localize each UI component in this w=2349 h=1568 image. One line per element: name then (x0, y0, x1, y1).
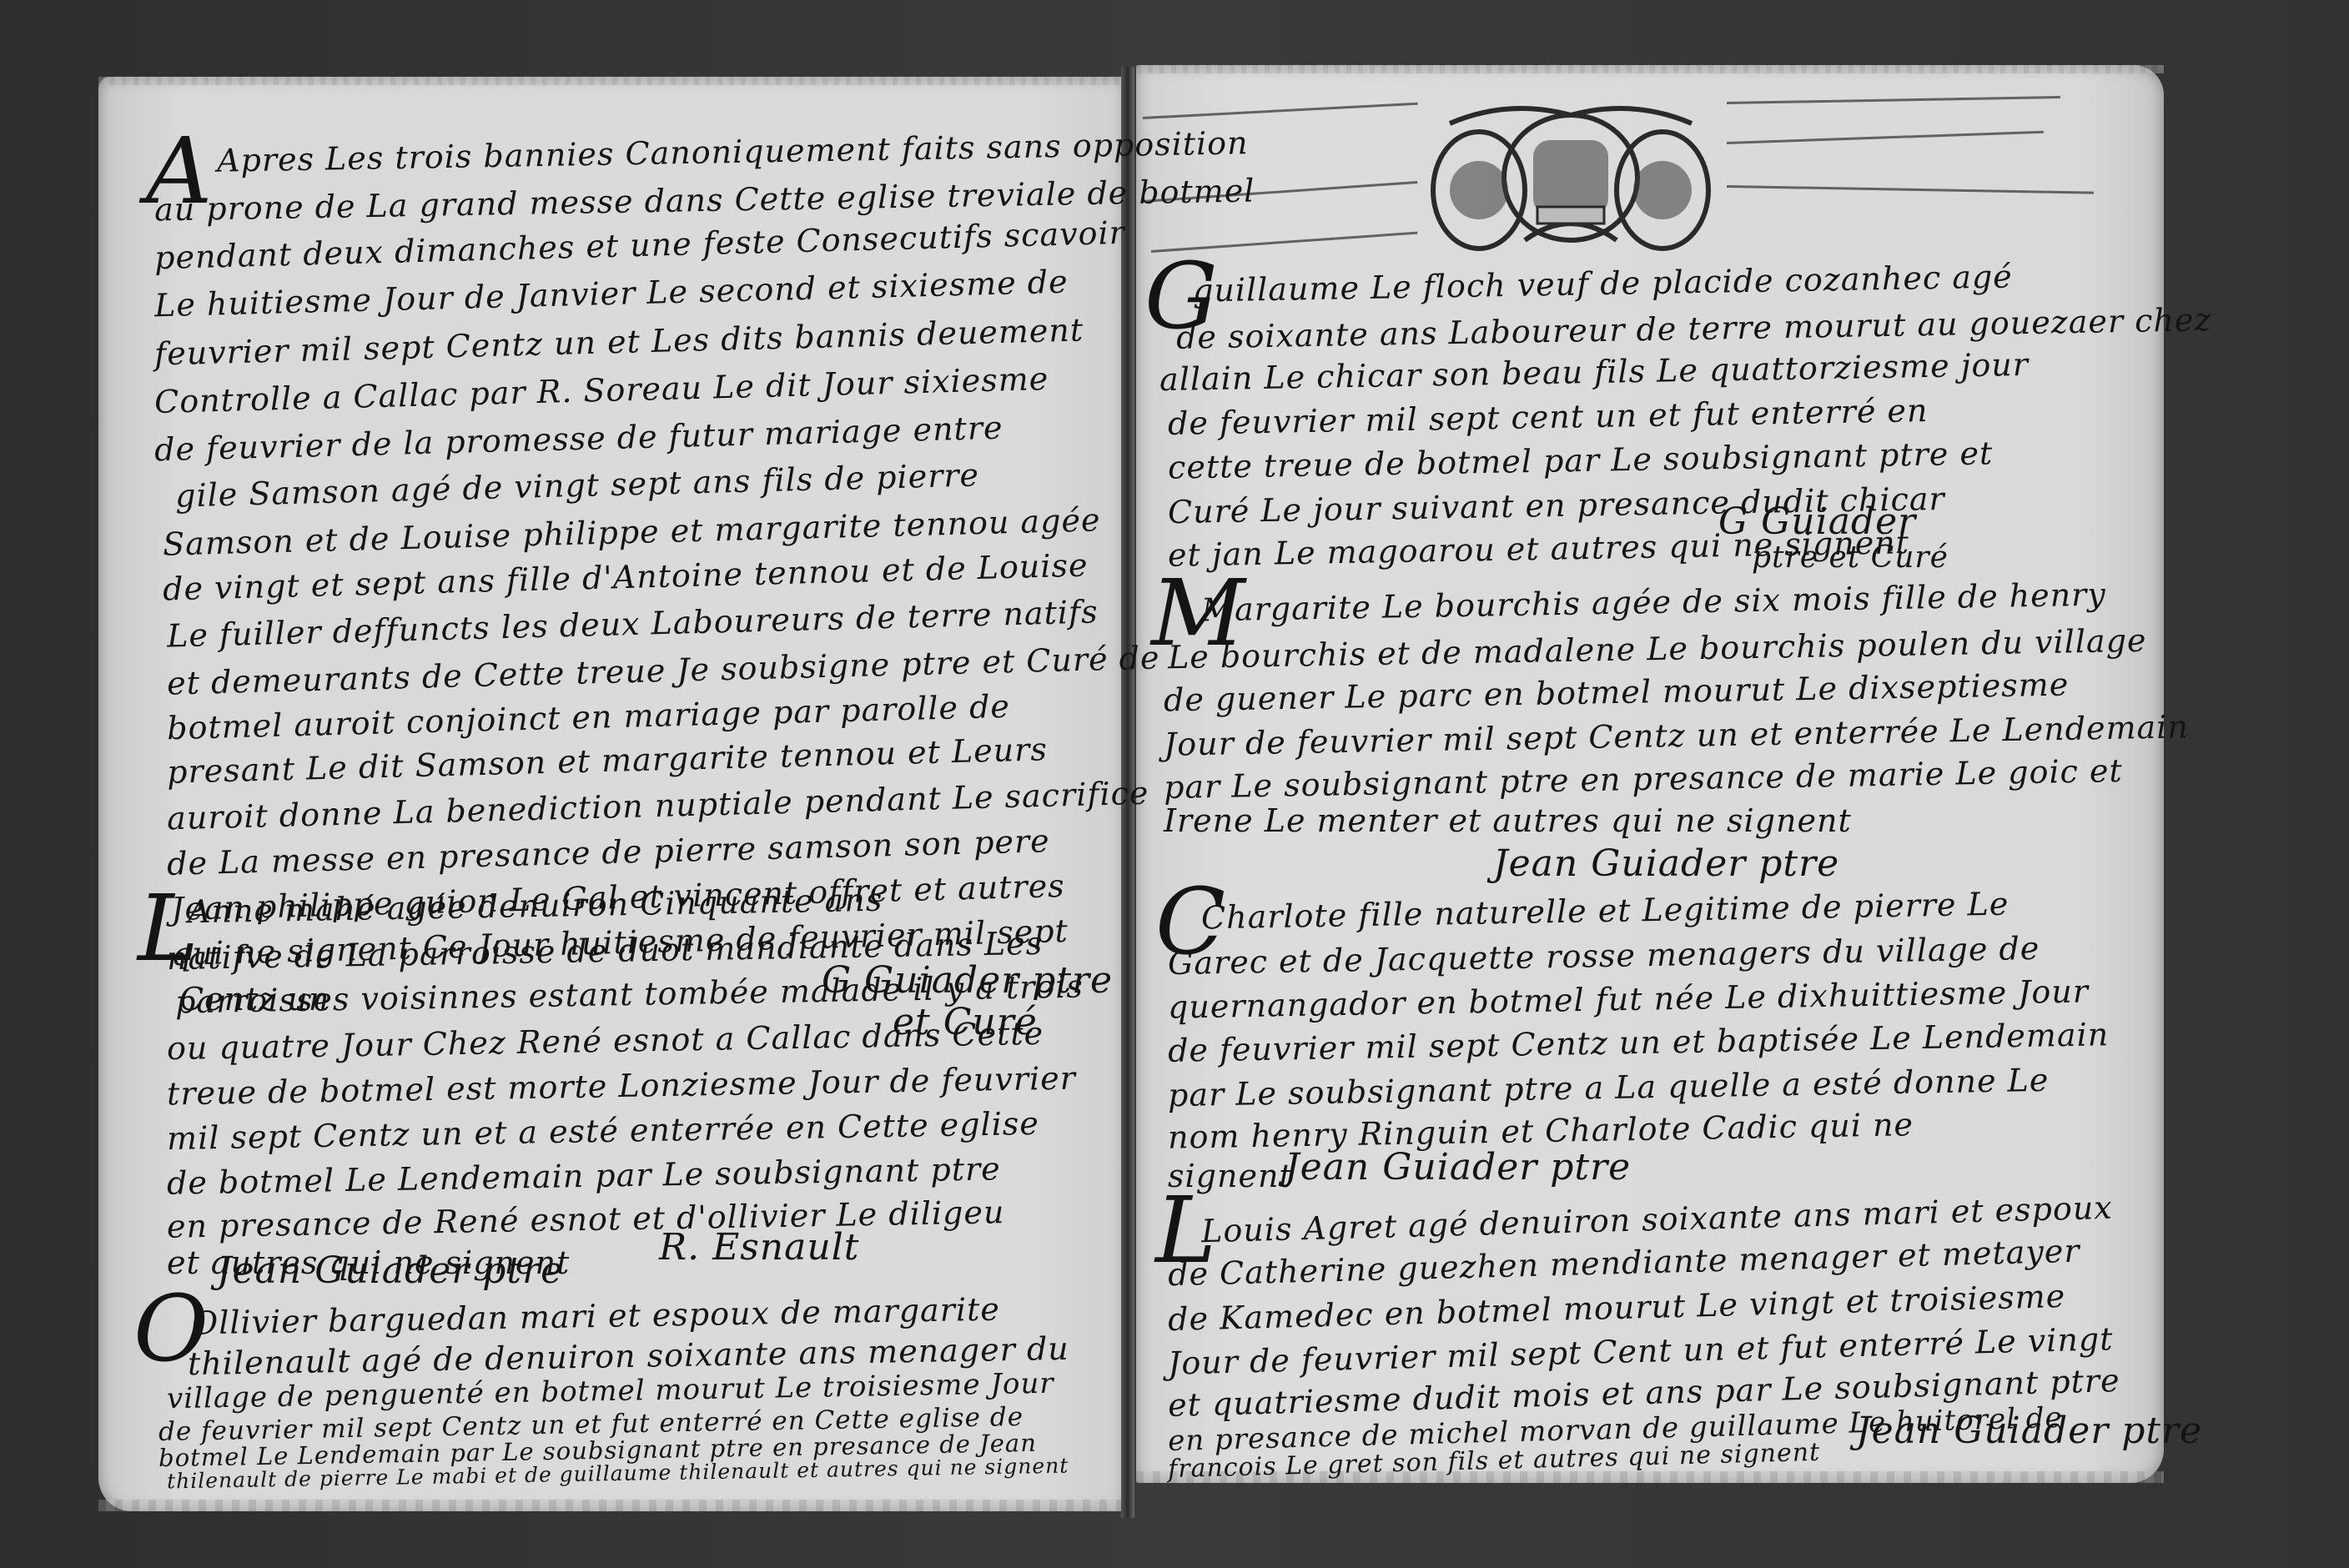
signature: ptre et Curé (1752, 540, 1949, 575)
torn-edge-top (1136, 65, 2164, 73)
signature: Jean Guiader ptre (1493, 842, 1839, 885)
signature: Jean Guiader ptre (1856, 1410, 2202, 1452)
signature: Jean Guiader ptre (1285, 1146, 1631, 1189)
torn-edge-bottom (98, 1500, 1126, 1511)
seal-stamp-icon (1416, 98, 1725, 257)
torn-edge-top (98, 77, 1126, 85)
text-line: Irene Le menter et autres qui ne signent (1164, 802, 1852, 839)
signature: Jean Guiader ptre (217, 1249, 563, 1292)
signature: R. Esnault (659, 1226, 859, 1269)
signature: G Guiader (1718, 500, 1916, 543)
